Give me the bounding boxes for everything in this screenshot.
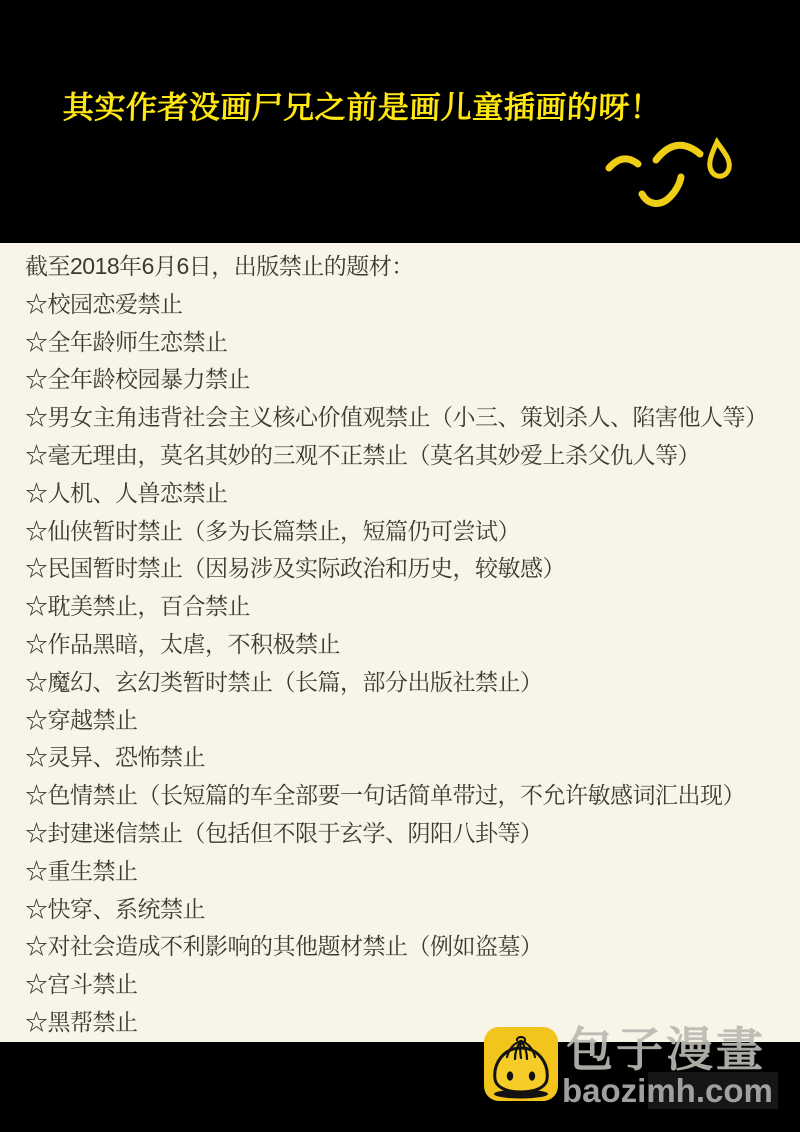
notice-item: ☆快穿、系统禁止: [25, 891, 785, 929]
notice-item: ☆灵异、恐怖禁止: [25, 739, 785, 777]
notice-item: ☆作品黑暗，太虐，不积极禁止: [25, 626, 785, 664]
notice-item: ☆对社会造成不利影响的其他题材禁止（例如盗墓）: [25, 928, 785, 966]
notice-item: ☆封建迷信禁止（包括但不限于玄学、阴阳八卦等）: [25, 815, 785, 853]
page-title: 其实作者没画尸兄之前是画儿童插画的呀！: [62, 82, 662, 127]
notice-item: ☆魔幻、玄幻类暂时禁止（长篇，部分出版社禁止）: [25, 664, 785, 702]
notice-header: 截至2018年6月6日，出版禁止的题材：: [25, 248, 785, 286]
smiley-sweat-drop: [710, 142, 730, 176]
comic-page: 其实作者没画尸兄之前是画儿童插画的呀！ 截至2018年6月6日，出版禁止的题材：…: [0, 0, 800, 1132]
notice-list: ☆校园恋爱禁止 ☆全年龄师生恋禁止 ☆全年龄校园暴力禁止 ☆男女主角违背社会主义…: [25, 286, 785, 1042]
notice-item: ☆穿越禁止: [25, 702, 785, 740]
smiley-right-eye: [656, 145, 700, 160]
smiley-left-eye: [609, 159, 638, 168]
notice-item: ☆毫无理由，莫名其妙的三观不正禁止（莫名其妙爱上杀父仇人等）: [25, 437, 785, 475]
baozi-logo-icon: [484, 1027, 558, 1101]
notice-item: ☆色情禁止（长短篇的车全部要一句话简单带过，不允许敏感词汇出现）: [25, 777, 785, 815]
notice-item: ☆全年龄校园暴力禁止: [25, 361, 785, 399]
watermark-site-name: 包子漫畫: [566, 1026, 766, 1073]
notice-item: ☆全年龄师生恋禁止: [25, 324, 785, 362]
notice-item: ☆男女主角违背社会主义核心价值观禁止（小三、策划杀人、陷害他人等）: [25, 399, 785, 437]
notice-item: ☆耽美禁止，百合禁止: [25, 588, 785, 626]
smiley-mouth: [642, 177, 681, 203]
notice-panel: 截至2018年6月6日，出版禁止的题材： ☆校园恋爱禁止 ☆全年龄师生恋禁止 ☆…: [0, 243, 800, 1042]
notice-item: ☆民国暂时禁止（因易涉及实际政治和历史，较敏感）: [25, 550, 785, 588]
notice-item: ☆仙侠暂时禁止（多为长篇禁止，短篇仍可尝试）: [25, 513, 785, 551]
notice-item: ☆宫斗禁止: [25, 966, 785, 1004]
notice-item: ☆人机、人兽恋禁止: [25, 475, 785, 513]
smiley-doodle-icon: [597, 133, 747, 218]
notice-item: ☆校园恋爱禁止: [25, 286, 785, 324]
notice-item: ☆重生禁止: [25, 853, 785, 891]
watermark-site-url: baozimh.com: [562, 1074, 773, 1107]
